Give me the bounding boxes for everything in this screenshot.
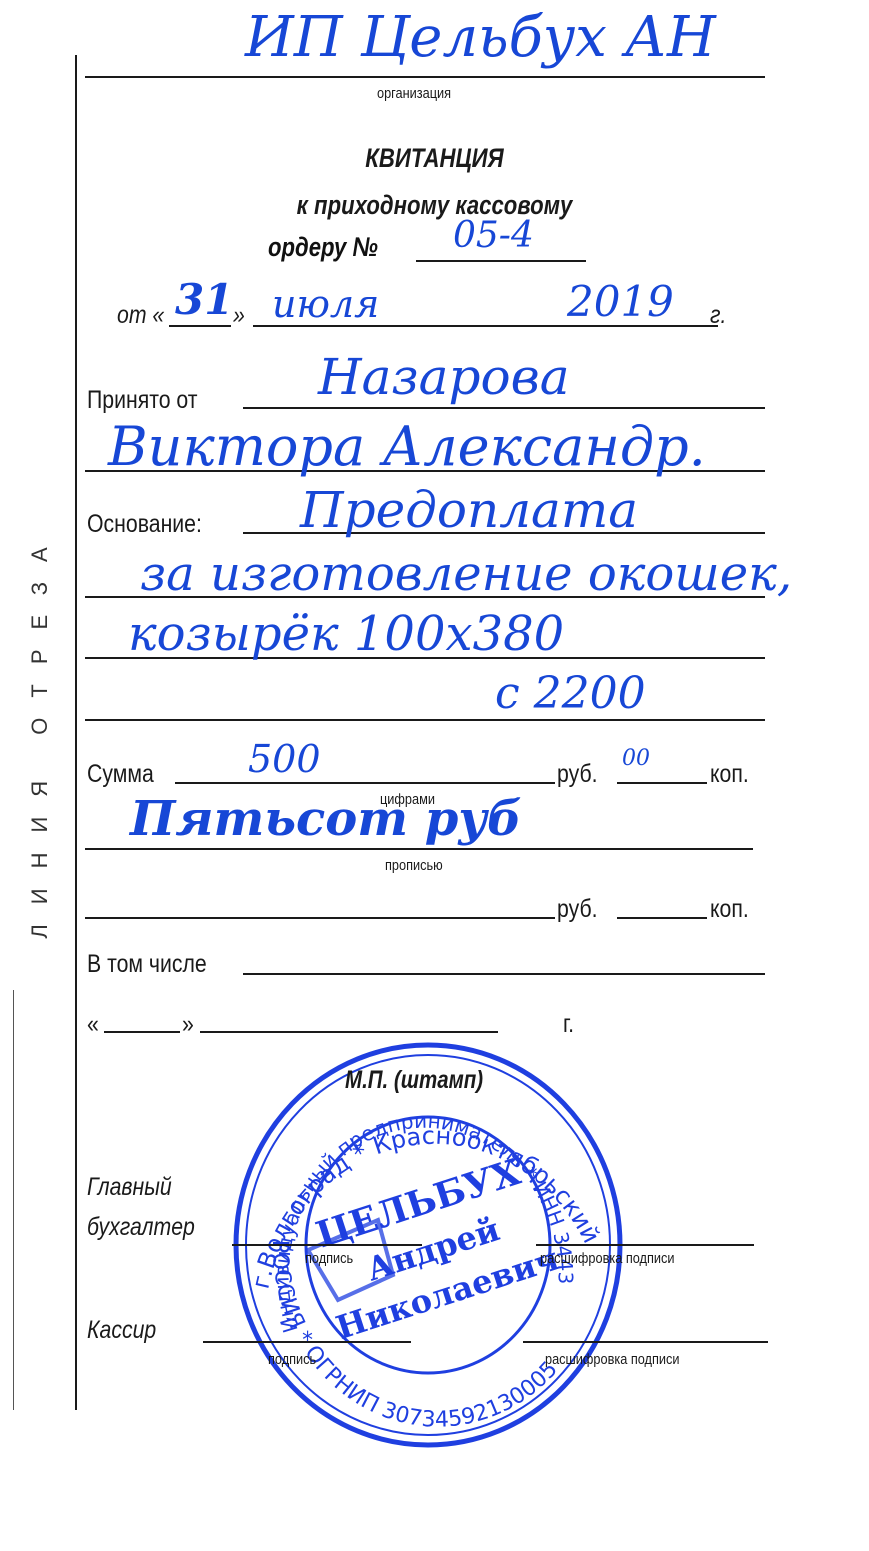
including-line bbox=[243, 973, 765, 975]
amount-kop-label-2: коп. bbox=[710, 897, 749, 922]
order-number-label: ордеру № bbox=[268, 232, 378, 263]
cashier-label: Кассир bbox=[87, 1318, 156, 1343]
date-suffix: г. bbox=[710, 303, 726, 328]
including-label: В том числе bbox=[87, 952, 207, 977]
amount-words: Пятьсот руб bbox=[130, 795, 522, 843]
seal-label: М.П. (штамп) bbox=[345, 1066, 483, 1095]
date-month: июля bbox=[272, 285, 379, 323]
basis-label: Основание: bbox=[87, 512, 202, 537]
cashier-signature-caption: подпись bbox=[268, 1352, 316, 1367]
cashier-signature-line bbox=[203, 1341, 411, 1343]
order-number-row: ордеру № 05-4 bbox=[268, 228, 608, 268]
organization-line bbox=[85, 76, 765, 78]
left-border-line bbox=[75, 55, 77, 1410]
received-from-line bbox=[243, 407, 765, 409]
chief-accountant-label-2: бухгалтер bbox=[87, 1215, 195, 1240]
doc-subtitle: к приходному кассовому bbox=[78, 192, 791, 219]
blank-date-day-line bbox=[104, 1031, 180, 1033]
date-day: 31 bbox=[175, 279, 233, 321]
basis-line2: за изготовление окошек, bbox=[140, 550, 792, 598]
amount-words-caption: прописью bbox=[385, 858, 443, 873]
date-prefix: от « bbox=[117, 303, 164, 328]
cut-line-text: ЛИНИЯ ОТРЕЗА bbox=[20, 490, 60, 990]
amount-kop-line bbox=[617, 782, 707, 784]
cashier-decryption-caption: расшифровка подписи bbox=[545, 1352, 680, 1367]
date-quote-close: » bbox=[233, 303, 245, 328]
chief-accountant-signature-line bbox=[232, 1244, 422, 1246]
chief-accountant-decryption-line bbox=[536, 1244, 754, 1246]
date-row: от « 31 » июля 2019 г. bbox=[117, 285, 747, 335]
received-from-line1: Назарова bbox=[318, 352, 570, 402]
amount-rub-label: руб. bbox=[557, 762, 598, 787]
organization-caption: организация bbox=[377, 86, 451, 101]
blank-date-close: » bbox=[182, 1012, 194, 1037]
blank-date-suffix: г. bbox=[563, 1012, 574, 1037]
amount-digits-line bbox=[175, 782, 555, 784]
amount-words-line bbox=[85, 848, 753, 850]
received-from-label: Принято от bbox=[87, 388, 198, 413]
blank-date-open: « bbox=[87, 1012, 99, 1037]
blank-date-month-line bbox=[200, 1031, 498, 1033]
amount-kop-line-2 bbox=[617, 917, 707, 919]
received-from-line2: Виктора Александр. bbox=[108, 420, 706, 474]
amount-kop: 00 bbox=[622, 748, 650, 770]
doc-title: КВИТАНЦИЯ bbox=[78, 145, 791, 172]
basis-line4: с 2200 bbox=[495, 672, 646, 716]
basis-line-4 bbox=[85, 719, 765, 721]
order-number-line bbox=[416, 260, 586, 262]
order-number-handwritten: 05-4 bbox=[453, 218, 534, 254]
chief-accountant-label-1: Главный bbox=[87, 1175, 172, 1200]
cashier-decryption-line bbox=[523, 1341, 768, 1343]
chief-accountant-signature-caption: подпись bbox=[305, 1251, 353, 1266]
amount-rub-label-2: руб. bbox=[557, 897, 598, 922]
basis-line3: козырёк 100x380 bbox=[128, 610, 564, 658]
basis-line1: Предоплата bbox=[300, 485, 638, 535]
cut-line-rule bbox=[13, 990, 14, 1410]
date-year: 2019 bbox=[567, 281, 674, 323]
chief-accountant-decryption-caption: расшифровка подписи bbox=[540, 1251, 675, 1266]
organization-handwritten: ИП Цельбух АН bbox=[245, 10, 716, 66]
amount-digits: 500 bbox=[248, 740, 321, 778]
amount-kop-label: коп. bbox=[710, 762, 749, 787]
amount-words-line-2 bbox=[85, 917, 555, 919]
amount-label: Сумма bbox=[87, 762, 154, 787]
date-day-line bbox=[169, 325, 231, 327]
